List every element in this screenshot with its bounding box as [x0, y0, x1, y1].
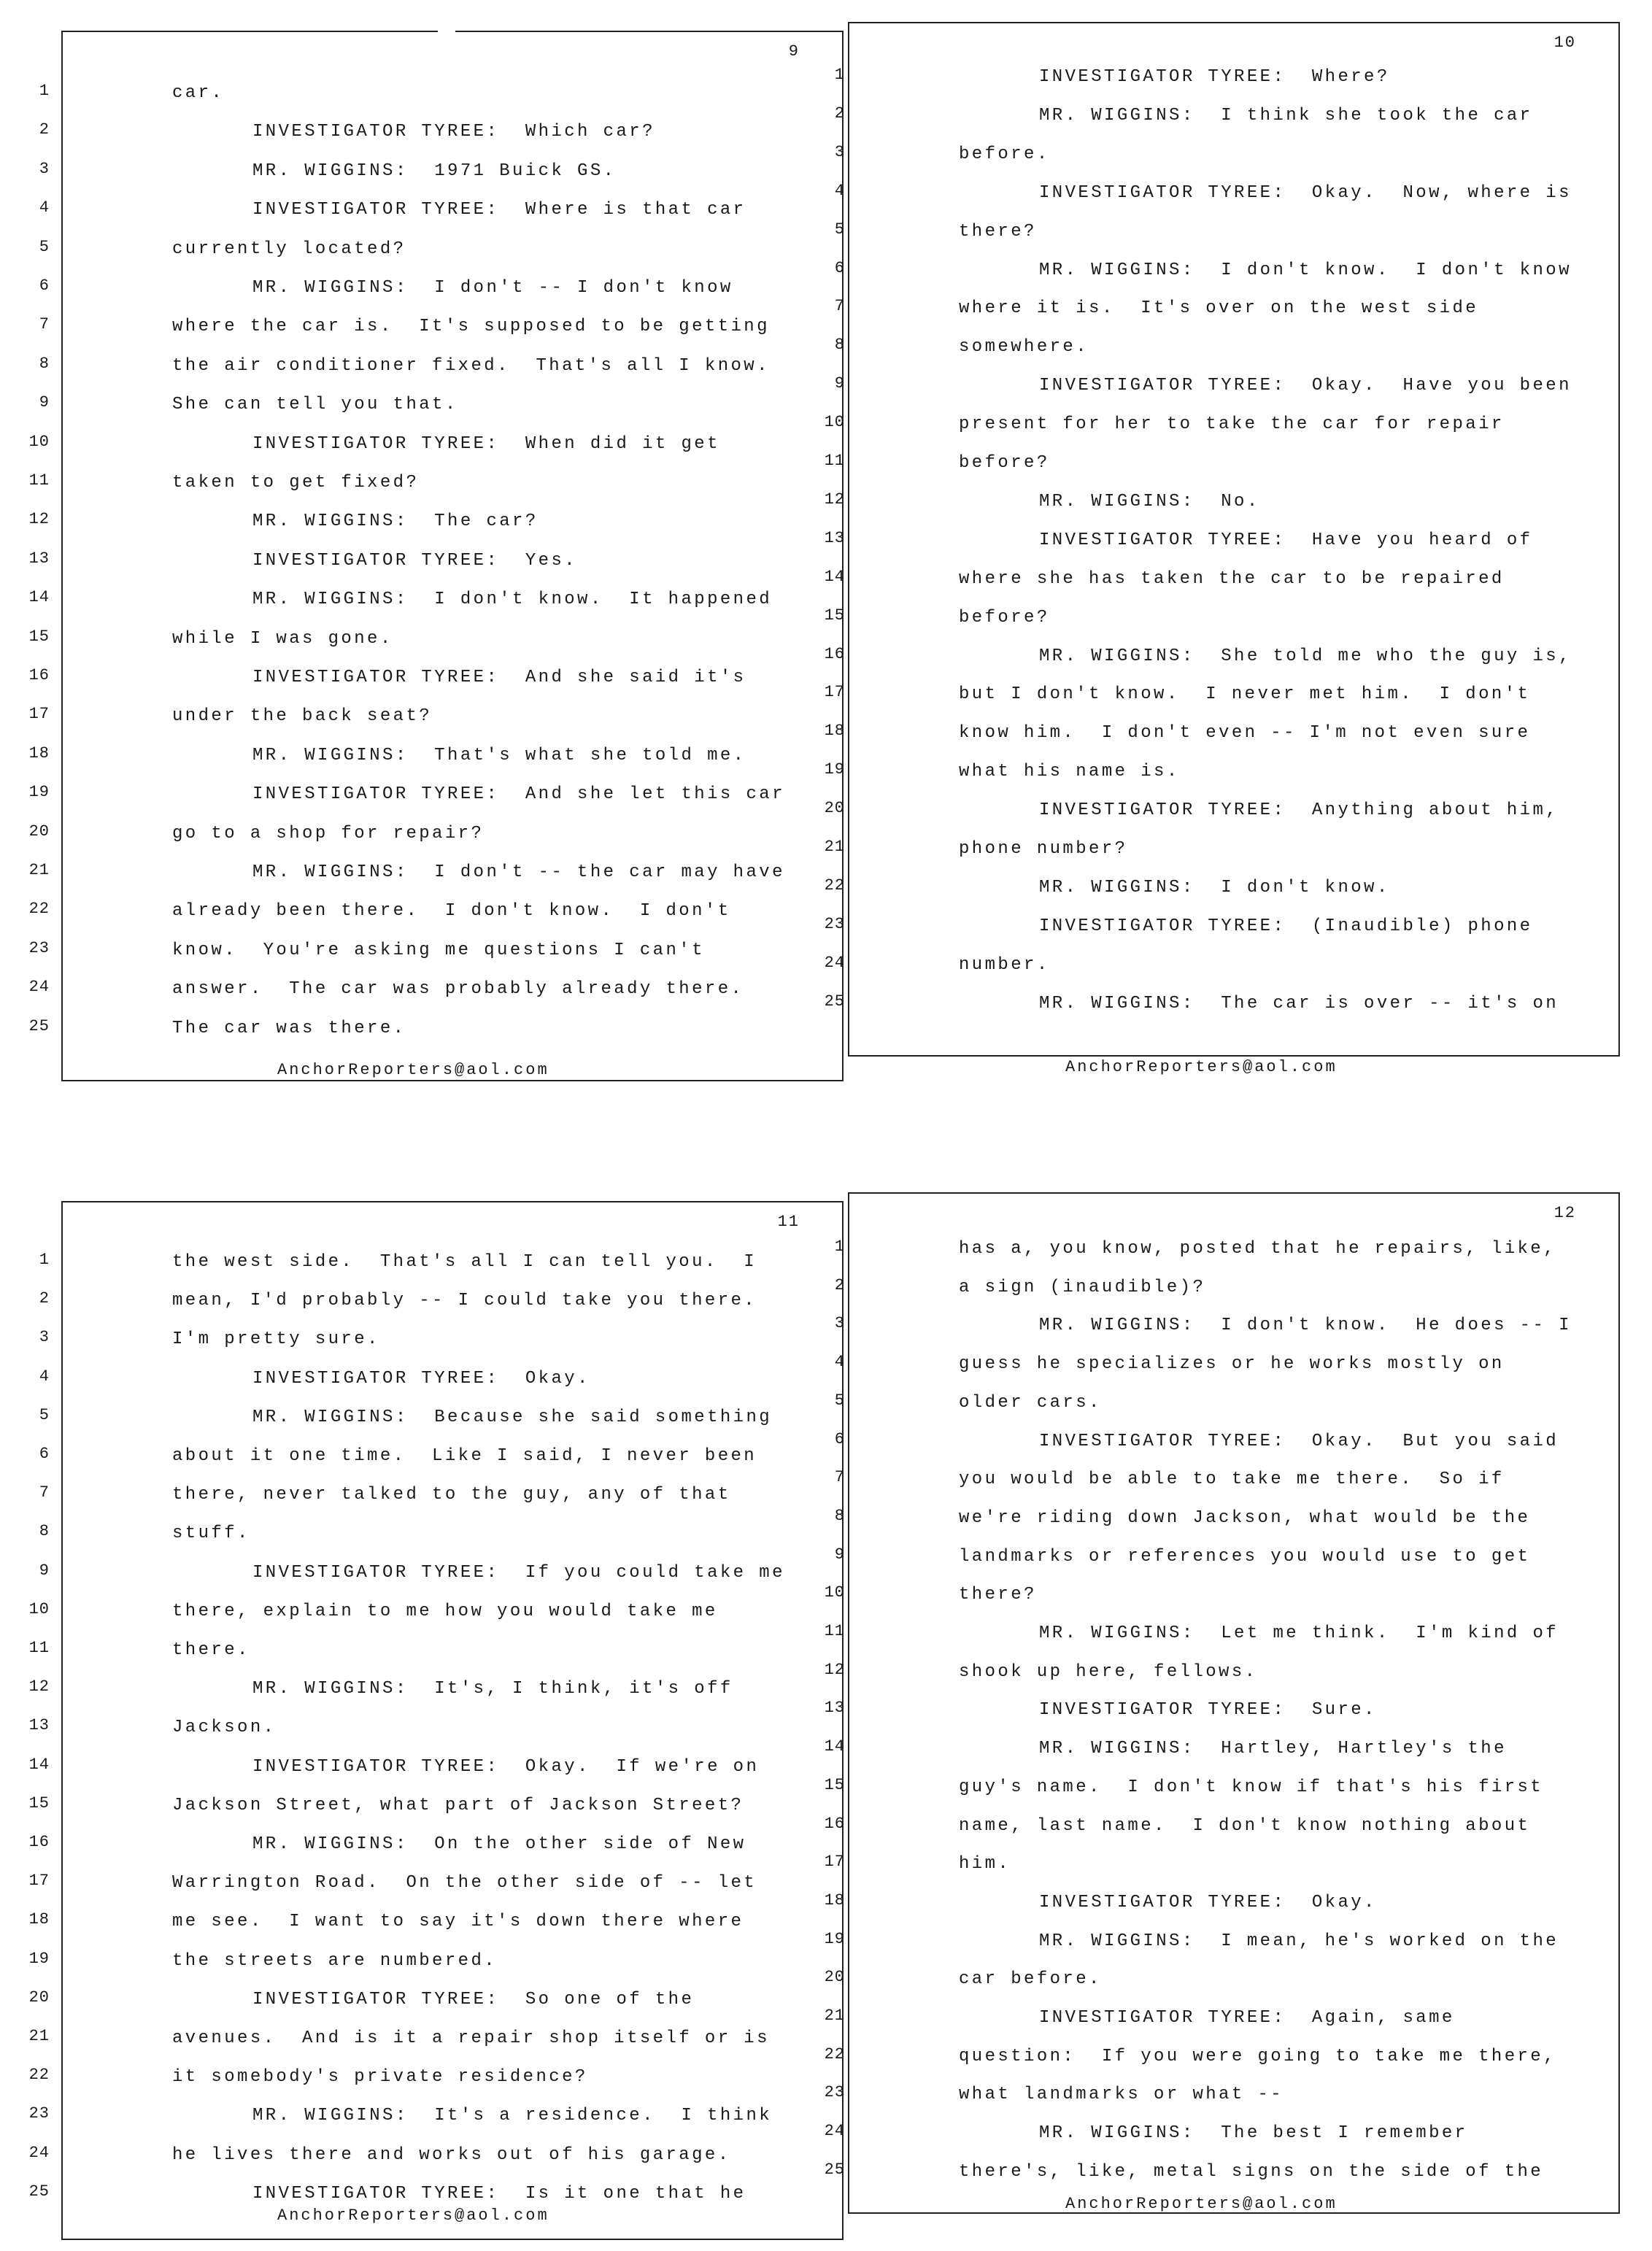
transcript-line: MR. WIGGINS: I don't -- the car may have	[252, 862, 785, 882]
transcript-line: there, explain to me how you would take …	[172, 1602, 718, 1621]
transcript-line: go to a shop for repair?	[172, 824, 484, 843]
transcript-line: MR. WIGGINS: No.	[1039, 492, 1260, 511]
transcript-line: there, never talked to the guy, any of t…	[172, 1485, 731, 1505]
transcript-line: MR. WIGGINS: I don't know. It happened	[252, 590, 772, 609]
line-number: 24	[20, 978, 50, 996]
line-number: 15	[20, 628, 50, 646]
line-number: 23	[816, 2083, 845, 2101]
transcript-line: currently located?	[172, 239, 406, 259]
transcript-line: it somebody's private residence?	[172, 2067, 588, 2087]
line-number: 2	[816, 1276, 845, 1294]
transcript-line: MR. WIGGINS: Let me think. I'm kind of	[1039, 1623, 1559, 1643]
transcript-line: INVESTIGATOR TYREE: Okay. Now, where is	[1039, 183, 1572, 203]
line-number: 3	[20, 1328, 50, 1346]
line-number: 13	[20, 549, 50, 568]
line-number: 11	[816, 452, 845, 470]
footer-email: AnchorReporters@aol.com	[277, 1061, 549, 1079]
line-number: 17	[816, 1853, 845, 1871]
line-number: 2	[20, 1289, 50, 1308]
line-number: 14	[20, 588, 50, 606]
line-number: 12	[20, 1677, 50, 1696]
transcript-line: before?	[959, 608, 1050, 628]
line-number: 21	[816, 838, 845, 856]
transcript-line: before?	[959, 453, 1050, 473]
transcript-line: MR. WIGGINS: On the other side of New	[252, 1834, 746, 1854]
line-number: 4	[816, 182, 845, 200]
line-number: 8	[816, 1507, 845, 1525]
transcript-line: know. You're asking me questions I can't	[172, 941, 705, 960]
transcript-page-10: 10 INVESTIGATOR TYREE: Where?MR. WIGGINS…	[848, 22, 1620, 1057]
line-number: 6	[816, 1430, 845, 1448]
line-number: 12	[816, 1661, 845, 1679]
transcript-line: Warrington Road. On the other side of --…	[172, 1873, 757, 1893]
transcript-line: question: If you were going to take me t…	[959, 2047, 1556, 2066]
transcript-line: shook up here, fellows.	[959, 1662, 1257, 1682]
transcript-line: before.	[959, 144, 1050, 164]
line-number: 21	[20, 2027, 50, 2045]
transcript-line: there's, like, metal signs on the side o…	[959, 2162, 1543, 2182]
line-number: 22	[20, 2066, 50, 2084]
transcript-line: MR. WIGGINS: I don't know. He does -- I	[1039, 1316, 1572, 1335]
transcript-line: INVESTIGATOR TYREE: And she let this car	[252, 784, 785, 804]
page-number: 10	[1554, 34, 1576, 52]
transcript-page-9: 9 car.INVESTIGATOR TYREE: Which car?MR. …	[61, 31, 844, 1081]
transcript-line: INVESTIGATOR TYREE: Again, same	[1039, 2008, 1455, 2028]
line-number: 4	[20, 1367, 50, 1386]
line-number: 1	[20, 82, 50, 100]
line-number: 1	[816, 66, 845, 84]
line-number: 25	[20, 1017, 50, 1035]
line-number: 4	[816, 1353, 845, 1371]
transcript-line: INVESTIGATOR TYREE: Sure.	[1039, 1700, 1377, 1720]
transcript-line: we're riding down Jackson, what would be…	[959, 1508, 1530, 1528]
footer-email: AnchorReporters@aol.com	[277, 2206, 549, 2225]
transcript-line: under the back seat?	[172, 706, 432, 726]
line-number: 17	[816, 683, 845, 701]
line-number: 19	[816, 1930, 845, 1948]
line-number: 9	[816, 1545, 845, 1564]
line-number: 16	[816, 645, 845, 663]
transcript-line: car.	[172, 83, 224, 103]
transcript-line: INVESTIGATOR TYREE: Okay.	[252, 1369, 590, 1389]
transcript-line: a sign (inaudible)?	[959, 1278, 1205, 1297]
line-number: 12	[20, 510, 50, 528]
line-number: 7	[816, 1468, 845, 1486]
transcript-line: INVESTIGATOR TYREE: Have you heard of	[1039, 530, 1533, 550]
line-number: 11	[20, 1639, 50, 1657]
transcript-line: older cars.	[959, 1393, 1102, 1413]
line-number: 24	[816, 2122, 845, 2140]
line-number: 10	[20, 433, 50, 451]
transcript-line: already been there. I don't know. I don'…	[172, 901, 731, 921]
transcript-line: MR. WIGGINS: I don't know.	[1039, 878, 1390, 897]
line-number: 25	[816, 2161, 845, 2179]
transcript-line: MR. WIGGINS: I don't -- I don't know	[252, 278, 733, 298]
transcript-line: INVESTIGATOR TYREE: Okay. Have you been	[1039, 376, 1572, 395]
line-number: 5	[20, 1406, 50, 1424]
footer-email: AnchorReporters@aol.com	[1065, 1058, 1338, 1076]
line-number: 22	[816, 876, 845, 895]
transcript-line: MR. WIGGINS: The car is over -- it's on	[1039, 994, 1559, 1013]
transcript-line: what landmarks or what --	[959, 2085, 1284, 2104]
line-number: 1	[20, 1251, 50, 1269]
line-number: 9	[20, 1561, 50, 1580]
transcript-line: has a, you know, posted that he repairs,…	[959, 1239, 1556, 1259]
transcript-line: INVESTIGATOR TYREE: If you could take me	[252, 1563, 785, 1583]
transcript-line: INVESTIGATOR TYREE: Which car?	[252, 122, 655, 142]
line-number: 18	[20, 744, 50, 762]
transcript-line: MR. WIGGINS: Hartley, Hartley's the	[1039, 1739, 1507, 1758]
line-number: 5	[816, 220, 845, 239]
line-number: 6	[20, 277, 50, 295]
line-number: 13	[816, 529, 845, 547]
transcript-line: but I don't know. I never met him. I don…	[959, 684, 1530, 704]
line-number: 25	[20, 2182, 50, 2201]
line-number: 24	[816, 954, 845, 972]
transcript-line: INVESTIGATOR TYREE: Is it one that he	[252, 2184, 746, 2204]
transcript-line: INVESTIGATOR TYREE: And she said it's	[252, 668, 746, 687]
transcript-line: what his name is.	[959, 762, 1180, 781]
transcript-page-11: 11 the west side. That's all I can tell …	[61, 1201, 844, 2240]
transcript-line: INVESTIGATOR TYREE: When did it get	[252, 434, 720, 454]
line-number: 17	[20, 1872, 50, 1890]
line-number: 12	[816, 490, 845, 509]
line-number: 11	[20, 471, 50, 490]
transcript-line: MR. WIGGINS: That's what she told me.	[252, 746, 746, 765]
transcript-line: you would be able to take me there. So i…	[959, 1470, 1505, 1489]
transcript-line: INVESTIGATOR TYREE: Where?	[1039, 67, 1390, 87]
line-number: 2	[816, 104, 845, 123]
line-number: 10	[816, 1583, 845, 1602]
transcript-line: MR. WIGGINS: I think she took the car	[1039, 106, 1533, 126]
line-number: 23	[816, 915, 845, 933]
line-number: 20	[816, 1968, 845, 1986]
line-number: 16	[20, 666, 50, 684]
border-gap	[438, 29, 455, 35]
line-number: 19	[816, 760, 845, 779]
transcript-line: guy's name. I don't know if that's his f…	[959, 1777, 1543, 1797]
transcript-line: guess he specializes or he works mostly …	[959, 1354, 1505, 1374]
line-number: 8	[20, 355, 50, 373]
line-number: 20	[20, 1988, 50, 2007]
transcript-line: She can tell you that.	[172, 395, 458, 414]
line-number: 21	[816, 2007, 845, 2025]
line-number: 17	[20, 705, 50, 723]
line-number: 3	[20, 160, 50, 178]
transcript-line: MR. WIGGINS: It's a residence. I think	[252, 2106, 772, 2125]
transcript-line: where the car is. It's supposed to be ge…	[172, 317, 770, 336]
transcript-line: Jackson.	[172, 1718, 276, 1737]
transcript-line: MR. WIGGINS: Because she said something	[252, 1408, 772, 1427]
line-number: 9	[20, 393, 50, 412]
transcript-line: INVESTIGATOR TYREE: Yes.	[252, 551, 577, 571]
line-number: 9	[816, 374, 845, 393]
transcript-line: phone number?	[959, 839, 1127, 859]
line-number: 6	[816, 259, 845, 277]
transcript-line: know him. I don't even -- I'm not even s…	[959, 723, 1530, 743]
transcript-line: there?	[959, 1585, 1037, 1605]
transcript-line: INVESTIGATOR TYREE: Okay.	[1039, 1893, 1377, 1912]
line-number: 20	[816, 799, 845, 817]
transcript-line: landmarks or references you would use to…	[959, 1547, 1530, 1567]
transcript-line: MR. WIGGINS: 1971 Buick GS.	[252, 161, 616, 181]
transcript-line: number.	[959, 955, 1050, 975]
transcript-line: Jackson Street, what part of Jackson Str…	[172, 1796, 744, 1815]
transcript-line: MR. WIGGINS: I mean, he's worked on the	[1039, 1931, 1559, 1951]
line-number: 21	[20, 861, 50, 879]
line-number: 5	[20, 238, 50, 256]
transcript-line: while I was gone.	[172, 629, 393, 649]
line-number: 22	[20, 900, 50, 918]
line-number: 10	[20, 1600, 50, 1618]
line-number: 7	[816, 297, 845, 315]
transcript-line: about it one time. Like I said, I never …	[172, 1446, 757, 1466]
line-number: 25	[816, 992, 845, 1011]
page-number: 9	[789, 42, 800, 61]
line-number: 3	[816, 143, 845, 161]
transcript-line: The car was there.	[172, 1019, 406, 1038]
transcript-line: INVESTIGATOR TYREE: Anything about him,	[1039, 800, 1559, 820]
footer-email: AnchorReporters@aol.com	[1065, 2195, 1338, 2213]
transcript-line: MR. WIGGINS: She told me who the guy is,	[1039, 646, 1572, 666]
line-number: 8	[20, 1522, 50, 1540]
transcript-line: there.	[172, 1640, 250, 1660]
transcript-line: present for her to take the car for repa…	[959, 414, 1505, 434]
line-number: 16	[20, 1833, 50, 1851]
transcript-line: where she has taken the car to be repair…	[959, 569, 1505, 589]
transcript-page-12: 12 has a, you know, posted that he repai…	[848, 1192, 1620, 2214]
transcript-line: INVESTIGATOR TYREE: Okay. But you said	[1039, 1432, 1559, 1451]
transcript-line: MR. WIGGINS: The car?	[252, 511, 539, 531]
transcript-line: INVESTIGATOR TYREE: Where is that car	[252, 200, 746, 220]
transcript-line: the west side. That's all I can tell you…	[172, 1252, 757, 1272]
line-number: 1	[816, 1238, 845, 1256]
line-number: 3	[816, 1314, 845, 1332]
line-number: 15	[816, 606, 845, 625]
transcript-line: where it is. It's over on the west side	[959, 298, 1478, 318]
line-number: 13	[20, 1716, 50, 1734]
line-number: 14	[816, 1737, 845, 1756]
transcript-line: taken to get fixed?	[172, 473, 419, 493]
line-number: 11	[816, 1622, 845, 1640]
line-number: 20	[20, 822, 50, 841]
transcript-line: the streets are numbered.	[172, 1951, 497, 1971]
line-number: 23	[20, 2104, 50, 2123]
line-number: 16	[816, 1815, 845, 1833]
transcript-line: me see. I want to say it's down there wh…	[172, 1912, 744, 1931]
transcript-line: I'm pretty sure.	[172, 1329, 380, 1349]
line-number: 10	[816, 413, 845, 431]
line-number: 4	[20, 198, 50, 217]
line-number: 19	[20, 783, 50, 801]
line-number: 14	[20, 1756, 50, 1774]
line-number: 6	[20, 1445, 50, 1463]
line-number: 2	[20, 120, 50, 139]
line-number: 7	[20, 1483, 50, 1502]
line-number: 22	[816, 2045, 845, 2063]
transcript-line: MR. WIGGINS: It's, I think, it's off	[252, 1679, 733, 1699]
line-number: 15	[816, 1776, 845, 1794]
transcript-line: somewhere.	[959, 337, 1089, 357]
line-number: 15	[20, 1794, 50, 1812]
line-number: 18	[20, 1910, 50, 1928]
line-number: 19	[20, 1950, 50, 1968]
transcript-line: INVESTIGATOR TYREE: (Inaudible) phone	[1039, 916, 1533, 936]
transcript-line: the air conditioner fixed. That's all I …	[172, 356, 770, 376]
line-number: 23	[20, 939, 50, 957]
line-number: 13	[816, 1699, 845, 1717]
transcript-line: INVESTIGATOR TYREE: So one of the	[252, 1990, 694, 2009]
transcript-line: mean, I'd probably -- I could take you t…	[172, 1291, 757, 1310]
transcript-line: he lives there and works out of his gara…	[172, 2145, 731, 2165]
transcript-line: car before.	[959, 1969, 1102, 1989]
line-number: 14	[816, 568, 845, 586]
page-number: 11	[778, 1213, 800, 1231]
transcript-line: there?	[959, 222, 1037, 242]
transcript-line: stuff.	[172, 1524, 250, 1543]
line-number: 18	[816, 722, 845, 740]
line-number: 24	[20, 2144, 50, 2162]
page-number: 12	[1554, 1204, 1576, 1222]
transcript-line: name, last name. I don't know nothing ab…	[959, 1816, 1530, 1836]
transcript-line: answer. The car was probably already the…	[172, 979, 744, 999]
transcript-line: him.	[959, 1854, 1011, 1874]
line-number: 5	[816, 1391, 845, 1410]
line-number: 18	[816, 1891, 845, 1910]
transcript-line: INVESTIGATOR TYREE: Okay. If we're on	[252, 1757, 759, 1777]
line-number: 7	[20, 315, 50, 333]
transcript-line: MR. WIGGINS: The best I remember	[1039, 2123, 1467, 2143]
line-number: 8	[816, 336, 845, 354]
transcript-line: avenues. And is it a repair shop itself …	[172, 2028, 770, 2048]
transcript-line: MR. WIGGINS: I don't know. I don't know	[1039, 260, 1572, 280]
